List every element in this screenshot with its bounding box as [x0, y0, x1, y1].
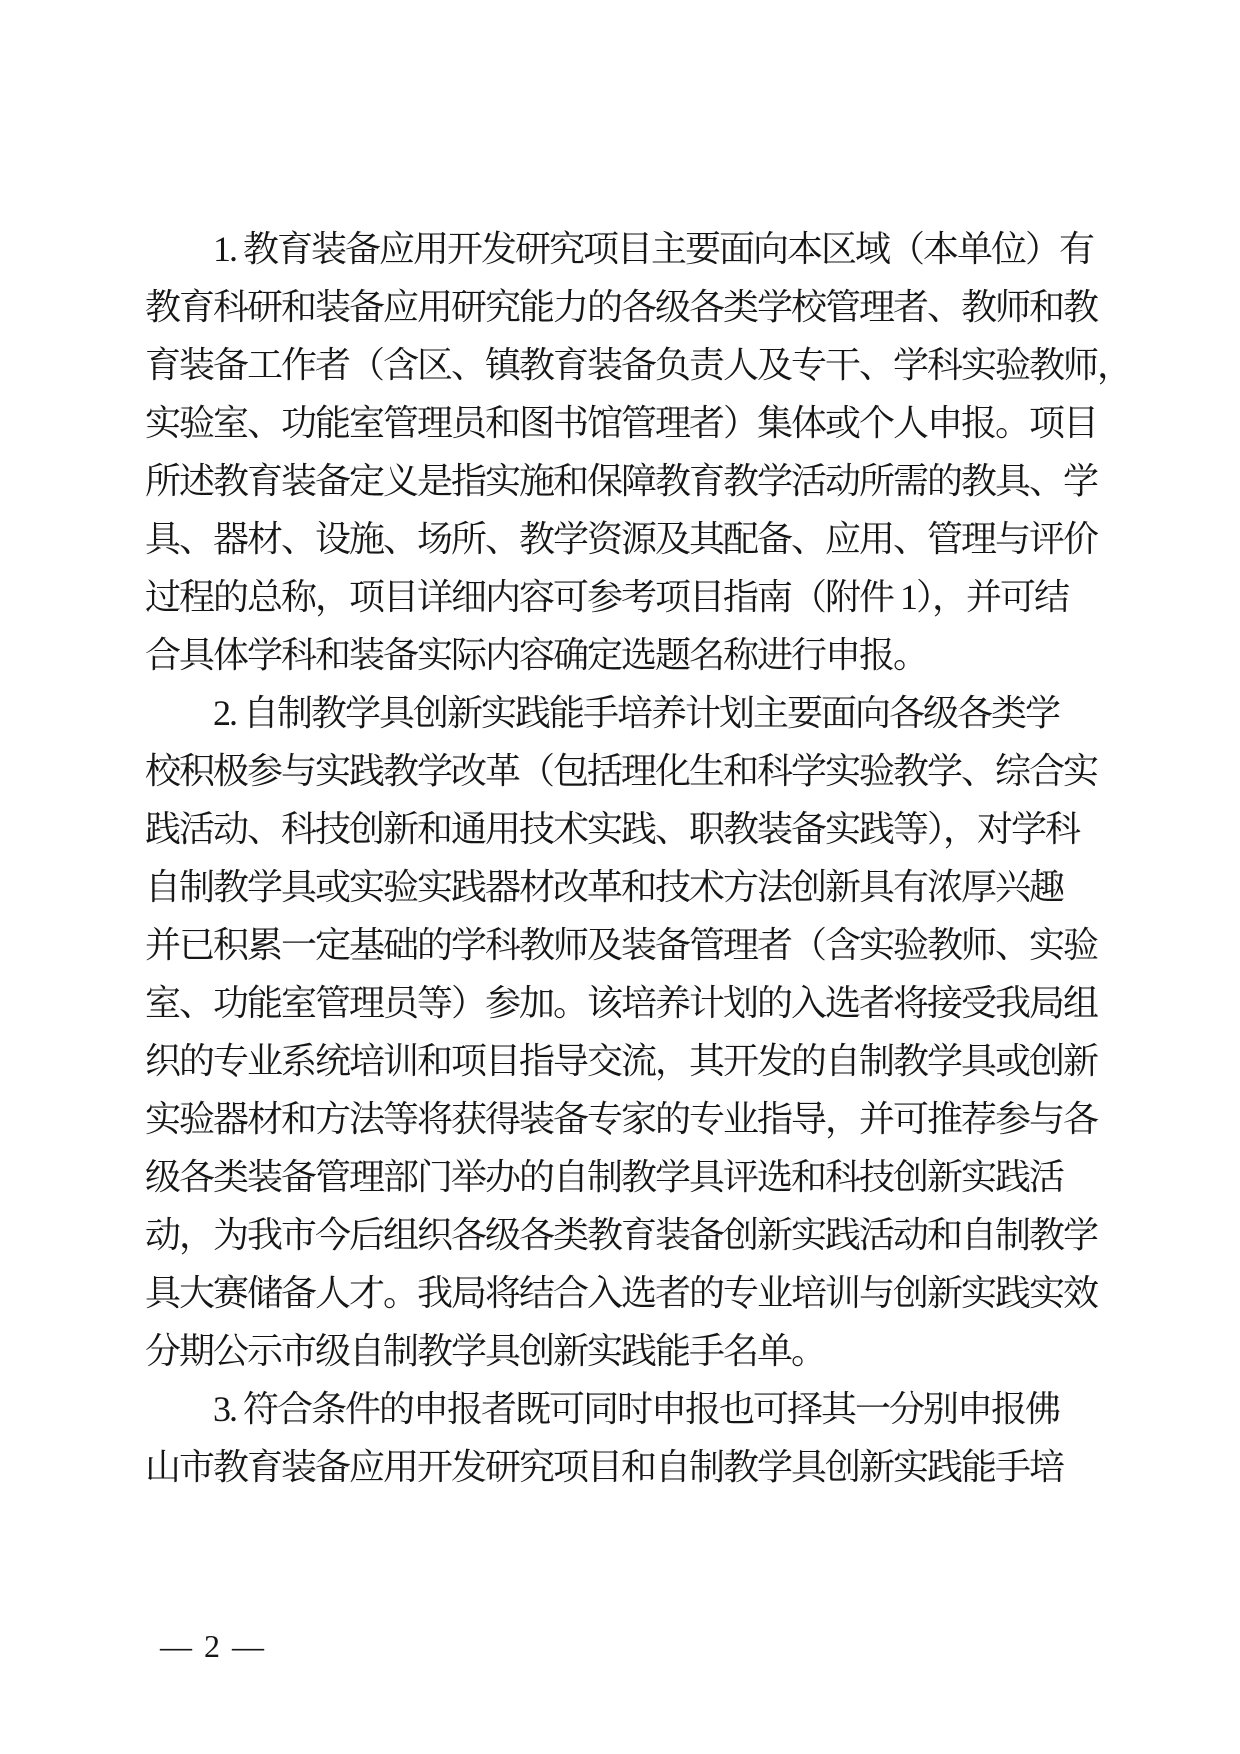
paragraph-1-line-3: 育装备工作者（含区、镇教育装备负责人及专干、学科实验教师，: [145, 336, 1110, 394]
paragraph-2-line-11: 具大赛储备人才。我局将结合入选者的专业培训与创新实践实效: [145, 1264, 1110, 1322]
paragraph-2-line-9: 级各类装备管理部门举办的自制教学具评选和科技创新实践活: [145, 1148, 1110, 1206]
paragraph-1-line-5: 所述教育装备定义是指实施和保障教育教学活动所需的教具、学: [145, 452, 1110, 510]
paragraph-2-line-6: 室、功能室管理员等）参加。该培养计划的入选者将接受我局组: [145, 974, 1110, 1032]
paragraph-2-line-2: 校积极参与实践教学改革（包括理化生和科学实验教学、综合实: [145, 742, 1110, 800]
paragraph-1-line-8: 合具体学科和装备实际内容确定选题名称进行申报。: [145, 626, 1110, 684]
paragraph-2-line-8: 实验器材和方法等将获得装备专家的专业指导，并可推荐参与各: [145, 1090, 1110, 1148]
paragraph-1-line-1: 1. 教育装备应用开发研究项目主要面向本区域（本单位）有: [145, 220, 1110, 278]
paragraph-2-line-7: 织的专业系统培训和项目指导交流，其开发的自制教学具或创新: [145, 1032, 1110, 1090]
body-text: 1. 教育装备应用开发研究项目主要面向本区域（本单位）有 教育科研和装备应用研究…: [145, 220, 1110, 1496]
paragraph-2-line-1: 2. 自制教学具创新实践能手培养计划主要面向各级各类学: [145, 684, 1110, 742]
paragraph-1-line-2: 教育科研和装备应用研究能力的各级各类学校管理者、教师和教: [145, 278, 1110, 336]
document-page: 1. 教育装备应用开发研究项目主要面向本区域（本单位）有 教育科研和装备应用研究…: [0, 0, 1240, 1754]
paragraph-1-line-7: 过程的总称，项目详细内容可参考项目指南（附件 1），并可结: [145, 568, 1110, 626]
paragraph-2-line-10: 动，为我市今后组织各级各类教育装备创新实践活动和自制教学: [145, 1206, 1110, 1264]
paragraph-1-line-6: 具、器材、设施、场所、教学资源及其配备、应用、管理与评价: [145, 510, 1110, 568]
paragraph-2-line-3: 践活动、科技创新和通用技术实践、职教装备实践等），对学科: [145, 800, 1110, 858]
page-number: — 2 —: [160, 1628, 266, 1665]
paragraph-2-line-12: 分期公示市级自制教学具创新实践能手名单。: [145, 1322, 1110, 1380]
paragraph-2-line-4: 自制教学具或实验实践器材改革和技术方法创新具有浓厚兴趣: [145, 858, 1110, 916]
paragraph-1-line-4: 实验室、功能室管理员和图书馆管理者）集体或个人申报。项目: [145, 394, 1110, 452]
paragraph-3-line-1: 3. 符合条件的申报者既可同时申报也可择其一分别申报佛: [145, 1380, 1110, 1438]
paragraph-2-line-5: 并已积累一定基础的学科教师及装备管理者（含实验教师、实验: [145, 916, 1110, 974]
paragraph-3-line-2: 山市教育装备应用开发研究项目和自制教学具创新实践能手培: [145, 1438, 1110, 1496]
